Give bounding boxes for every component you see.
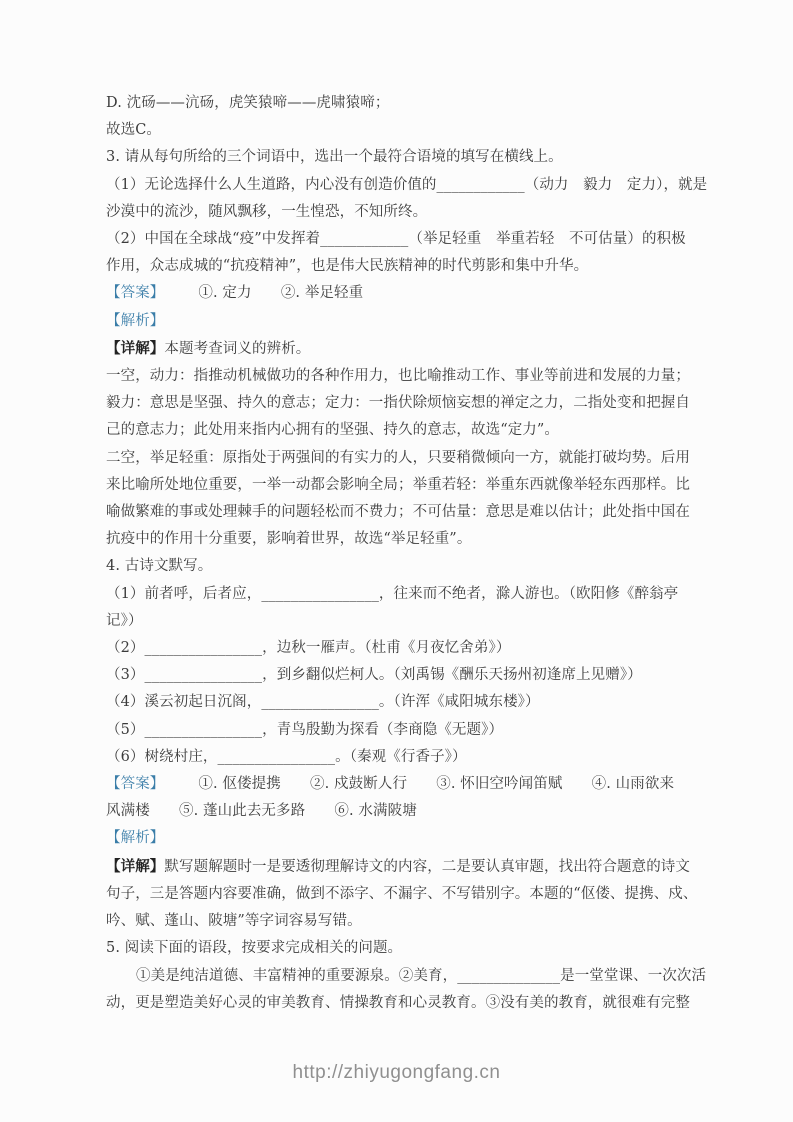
answer-label: 【答案】: [106, 285, 164, 301]
question-4-item-1-cont: 记》）: [106, 608, 712, 635]
exam-answer-page: D. 沈砀——沆砀，虎笑猿啼——虎啸猿啼； 故选C。 3. 请从每句所给的三个词…: [0, 0, 793, 1122]
question-4-title: 4. 古诗文默写。: [106, 553, 712, 580]
answer-line-q4: 【答案】①. 伛偻提携 ②. 戍鼓断人行 ③. 怀旧空吟闻笛赋 ④. 山雨欲来: [106, 771, 712, 798]
analysis-line-q3: 【解析】: [106, 308, 712, 335]
detail-line-q4-cont: 句子，三是答题内容要准确，做到不添字、不漏字、不写错别字。本题的“伛偻、提携、戍…: [106, 881, 712, 908]
question-5-title: 5. 阅读下面的语段，按要求完成相关的问题。: [106, 935, 712, 962]
question-4-item-4: （4）溪云初起日沉阁，________________。（许浑《咸阳城东楼》）: [106, 689, 712, 716]
detail-label: 【详解】: [106, 340, 164, 357]
detail-line-q4: 【详解】默写题解题时一是要透彻理解诗文的内容，二是要认真审题，找出符合题意的诗文: [106, 853, 712, 881]
document-body: D. 沈砀——沆砀，虎笑猿啼——虎啸猿啼； 故选C。 3. 请从每句所给的三个词…: [106, 90, 712, 1017]
explanation-line: 毅力：意思是坚强、持久的意志；定力：一指伏除烦恼妄想的禅定之力，二指处变和把握自: [106, 390, 712, 417]
question-5-passage: ①美是纯洁道德、丰富精神的重要源泉。②美育，______________是一堂堂…: [106, 963, 712, 990]
choose-c-line: 故选C。: [106, 117, 712, 144]
explanation-line: 己的意志力；此处用来指内心拥有的坚强、持久的意志，故选“定力”。: [106, 417, 712, 444]
analysis-label: 【解析】: [106, 313, 164, 329]
explanation-line: 二空，举足轻重：原指处于两强间的有实力的人，只要稍微倾向一方，就能打破均势。后用: [106, 445, 712, 472]
analysis-label: 【解析】: [106, 830, 164, 846]
question-4-item-2: （2）________________，边秋一雁声。（杜甫《月夜忆舍弟》）: [106, 635, 712, 662]
answer-line-q3: 【答案】①. 定力 ②. 举足轻重: [106, 280, 712, 307]
question-4-item-1: （1）前者呼，后者应，________________，往来而不绝者，滁人游也。…: [106, 581, 712, 608]
answer-label: 【答案】: [106, 776, 164, 792]
explanation-line: 抗疫中的作用十分重要，影响着世界，故选“举足轻重”。: [106, 526, 712, 553]
question-3-item-2-cont: 作用，众志成城的“抗疫精神”，也是伟大民族精神的时代剪影和集中升华。: [106, 253, 712, 280]
question-3-title: 3. 请从每句所给的三个词语中，选出一个最符合语境的填写在横线上。: [106, 144, 712, 171]
question-3-item-2: （2）中国在全球战“疫”中发挥着____________（举足轻重 举重若轻 不…: [106, 226, 712, 253]
analysis-line-q4: 【解析】: [106, 825, 712, 852]
watermark-url: http://zhiyugongfang.cn: [0, 1062, 793, 1084]
question-3-item-1-cont: 沙漠中的流沙，随风飘移，一生惶恐，不知所终。: [106, 199, 712, 226]
explanation-line: 来比喻所处地位重要，一举一动都会影响全局；举重若轻：举重东西就像举轻东西那样。比: [106, 472, 712, 499]
detail-text: 默写题解题时一是要透彻理解诗文的内容，二是要认真审题，找出符合题意的诗文: [164, 859, 690, 875]
answer-text: ①. 伛偻提携 ②. 戍鼓断人行 ③. 怀旧空吟闻笛赋 ④. 山雨欲来: [198, 776, 674, 792]
detail-label: 【详解】: [106, 858, 164, 875]
explanation-line: 一空，动力：指推动机械做功的各种作用力，也比喻推动工作、事业等前进和发展的力量；: [106, 363, 712, 390]
detail-line-q4-cont: 吟、赋、蓬山、陂塘”等字词容易写错。: [106, 908, 712, 935]
question-4-item-6: （6）树绕村庄，________________。（秦观《行香子》）: [106, 744, 712, 771]
answer-line-q4-cont: 风满楼 ⑤. 蓬山此去无多路 ⑥. 水满陂塘: [106, 798, 712, 825]
question-4-item-5: （5）________________，青鸟殷勤为探看（李商隐《无题》）: [106, 717, 712, 744]
detail-line-q3: 【详解】本题考查词义的辨析。: [106, 335, 712, 363]
question-3-item-1: （1）无论选择什么人生道路，内心没有创造价值的____________（动力 毅…: [106, 172, 712, 199]
question-5-passage-cont: 动，更是塑造美好心灵的审美教育、情操教育和心灵教育。③没有美的教育，就很难有完整: [106, 990, 712, 1017]
explanation-line: 喻做繁难的事或处理棘手的问题轻松而不费力；不可估量：意思是难以估计；此处指中国在: [106, 499, 712, 526]
option-d-line: D. 沈砀——沆砀，虎笑猿啼——虎啸猿啼；: [106, 90, 712, 117]
question-4-item-3: （3）________________，到乡翻似烂柯人。（刘禹锡《酬乐天扬州初逢…: [106, 662, 712, 689]
answer-text: ①. 定力 ②. 举足轻重: [198, 285, 363, 301]
detail-text: 本题考查词义的辨析。: [164, 341, 310, 357]
